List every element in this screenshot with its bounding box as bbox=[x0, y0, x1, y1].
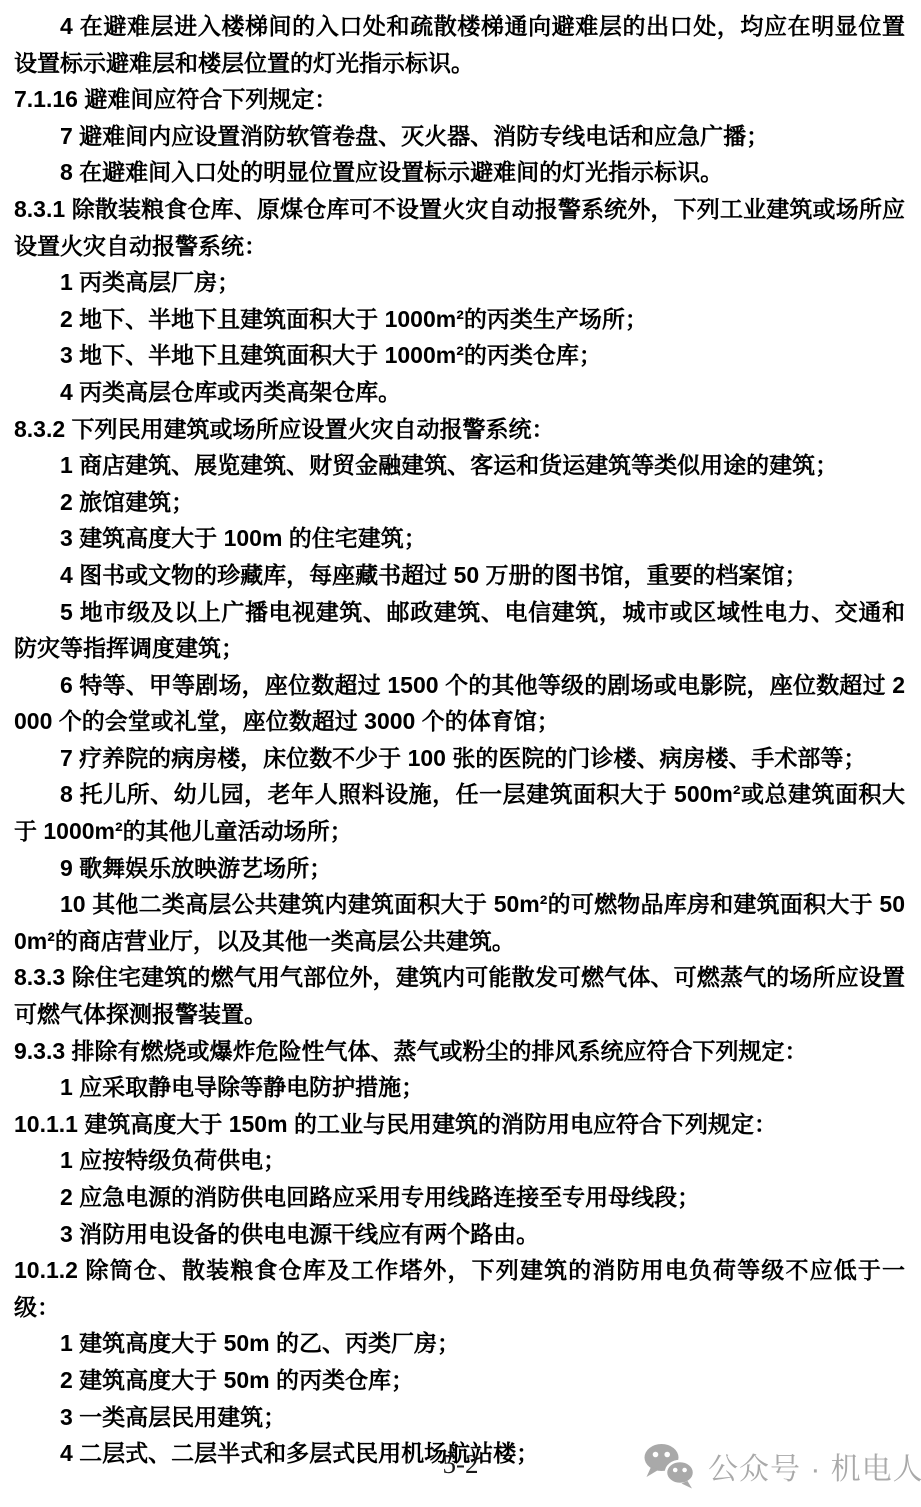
paragraph-item: 6 特等、甲等剧场，座位数超过 1500 个的其他等级的剧场或电影院，座位数超过… bbox=[14, 667, 905, 740]
paragraph-item: 1 应采取静电导除等静电防护措施； bbox=[14, 1069, 905, 1106]
paragraph-item: 4 丙类高层仓库或丙类高架仓库。 bbox=[14, 374, 905, 411]
paragraph-item: 1 应按特级负荷供电； bbox=[14, 1142, 905, 1179]
paragraph-item: 8 在避难间入口处的明显位置应设置标示避难间的灯光指示标识。 bbox=[14, 154, 905, 191]
document-page: 4 在避难层进入楼梯间的入口处和疏散楼梯通向避难层的出口处，均应在明显位置设置标… bbox=[0, 0, 921, 1507]
paragraph-item: 2 旅馆建筑； bbox=[14, 484, 905, 521]
document-body: 4 在避难层进入楼梯间的入口处和疏散楼梯通向避难层的出口处，均应在明显位置设置标… bbox=[14, 8, 905, 1472]
paragraph-item: 3 地下、半地下且建筑面积大于 1000m²的丙类仓库； bbox=[14, 337, 905, 374]
paragraph-item: 2 建筑高度大于 50m 的丙类仓库； bbox=[14, 1362, 905, 1399]
paragraph-clause: 10.1.1 建筑高度大于 150m 的工业与民用建筑的消防用电应符合下列规定： bbox=[14, 1106, 905, 1143]
watermark: 公众号 · 机电人脉 bbox=[642, 1443, 921, 1489]
paragraph-item: 2 地下、半地下且建筑面积大于 1000m²的丙类生产场所； bbox=[14, 301, 905, 338]
paragraph-clause: 8.3.3 除住宅建筑的燃气用气部位外，建筑内可能散发可燃气体、可燃蒸气的场所应… bbox=[14, 959, 905, 1032]
paragraph-clause: 8.3.2 下列民用建筑或场所应设置火灾自动报警系统： bbox=[14, 411, 905, 448]
paragraph-item: 1 建筑高度大于 50m 的乙、丙类厂房； bbox=[14, 1325, 905, 1362]
watermark-label: 公众号 · 机电人脉 bbox=[708, 1444, 921, 1488]
paragraph-item: 5 地市级及以上广播电视建筑、邮政建筑、电信建筑，城市或区域性电力、交通和防灾等… bbox=[14, 594, 905, 667]
wechat-icon bbox=[642, 1443, 696, 1489]
paragraph-item: 9 歌舞娱乐放映游艺场所； bbox=[14, 850, 905, 887]
paragraph-item: 3 一类高层民用建筑； bbox=[14, 1399, 905, 1436]
paragraph-item: 4 图书或文物的珍藏库，每座藏书超过 50 万册的图书馆，重要的档案馆； bbox=[14, 557, 905, 594]
paragraph-clause: 8.3.1 除散装粮食仓库、原煤仓库可不设置火灾自动报警系统外，下列工业建筑或场… bbox=[14, 191, 905, 264]
paragraph-item: 7 避难间内应设置消防软管卷盘、灭火器、消防专线电话和应急广播； bbox=[14, 118, 905, 155]
paragraph-item: 7 疗养院的病房楼，床位数不少于 100 张的医院的门诊楼、病房楼、手术部等； bbox=[14, 740, 905, 777]
paragraph-item: 8 托儿所、幼儿园，老年人照料设施，任一层建筑面积大于 500m²或总建筑面积大… bbox=[14, 776, 905, 849]
paragraph-clause: 7.1.16 避难间应符合下列规定： bbox=[14, 81, 905, 118]
paragraph-item: 10 其他二类高层公共建筑内建筑面积大于 50m²的可燃物品库房和建筑面积大于 … bbox=[14, 886, 905, 959]
paragraph-item: 2 应急电源的消防供电回路应采用专用线路连接至专用母线段； bbox=[14, 1179, 905, 1216]
paragraph-clause: 10.1.2 除筒仓、散装粮食仓库及工作塔外，下列建筑的消防用电负荷等级不应低于… bbox=[14, 1252, 905, 1325]
paragraph-clause: 9.3.3 排除有燃烧或爆炸危险性气体、蒸气或粉尘的排风系统应符合下列规定： bbox=[14, 1033, 905, 1070]
paragraph-item: 4 在避难层进入楼梯间的入口处和疏散楼梯通向避难层的出口处，均应在明显位置设置标… bbox=[14, 8, 905, 81]
paragraph-item: 1 商店建筑、展览建筑、财贸金融建筑、客运和货运建筑等类似用途的建筑； bbox=[14, 447, 905, 484]
paragraph-item: 1 丙类高层厂房； bbox=[14, 264, 905, 301]
paragraph-item: 3 建筑高度大于 100m 的住宅建筑； bbox=[14, 520, 905, 557]
paragraph-item: 3 消防用电设备的供电电源干线应有两个路由。 bbox=[14, 1216, 905, 1253]
